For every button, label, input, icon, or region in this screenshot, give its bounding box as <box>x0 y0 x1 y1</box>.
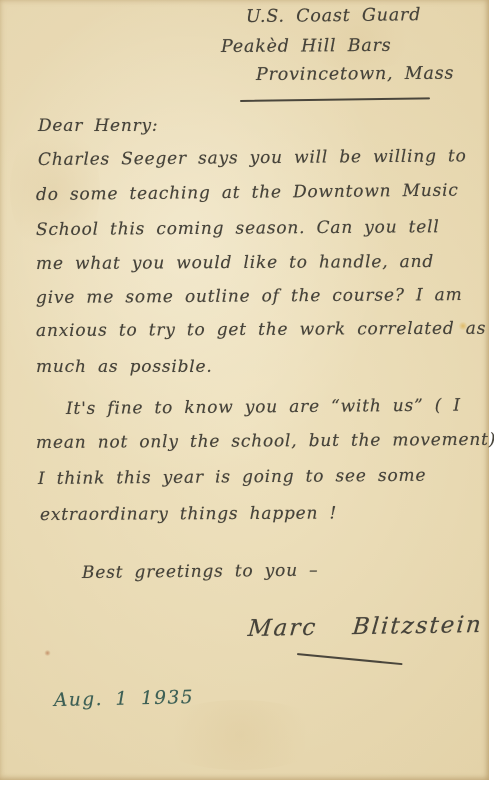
body-line: give me some outline of the course? I am <box>36 285 463 308</box>
salutation: Dear Henry: <box>38 116 158 136</box>
body-line: I think this year is going to see some <box>38 466 426 489</box>
body-line: It's fine to know you are “with us” ( I <box>66 396 461 419</box>
body-line: much as possible. <box>36 357 213 377</box>
letterhead-line-1: U.S. Coast Guard <box>246 5 421 27</box>
scanned-letter: U.S. Coast Guard Peakèd Hill Bars Provin… <box>0 0 494 786</box>
body-line: me what you would like to handle, and <box>36 252 434 274</box>
body-line: Charles Seeger says you will be willing … <box>38 146 467 170</box>
body-line: School this coming season. Can you tell <box>36 217 440 240</box>
letterhead-underline <box>240 97 430 101</box>
paper-stain <box>150 700 330 770</box>
closing: Best greetings to you – <box>82 561 319 583</box>
paper-stain <box>44 650 51 656</box>
body-line: mean not only the school, but the moveme… <box>36 430 494 453</box>
body-line: do some teaching at the Downtown Music <box>36 181 459 205</box>
letterhead-line-3: Provincetown, Mass <box>256 64 454 85</box>
body-line: extraordinary things happen ! <box>40 503 337 525</box>
signature: Marc Blitzstein <box>247 612 484 642</box>
signature-underline <box>297 653 403 665</box>
body-line: anxious to try to get the work correlate… <box>36 319 486 341</box>
letterhead-line-2: Peakèd Hill Bars <box>221 36 392 57</box>
letter-paper: U.S. Coast Guard Peakèd Hill Bars Provin… <box>0 0 489 780</box>
date: Aug. 1 1935 <box>54 687 195 711</box>
